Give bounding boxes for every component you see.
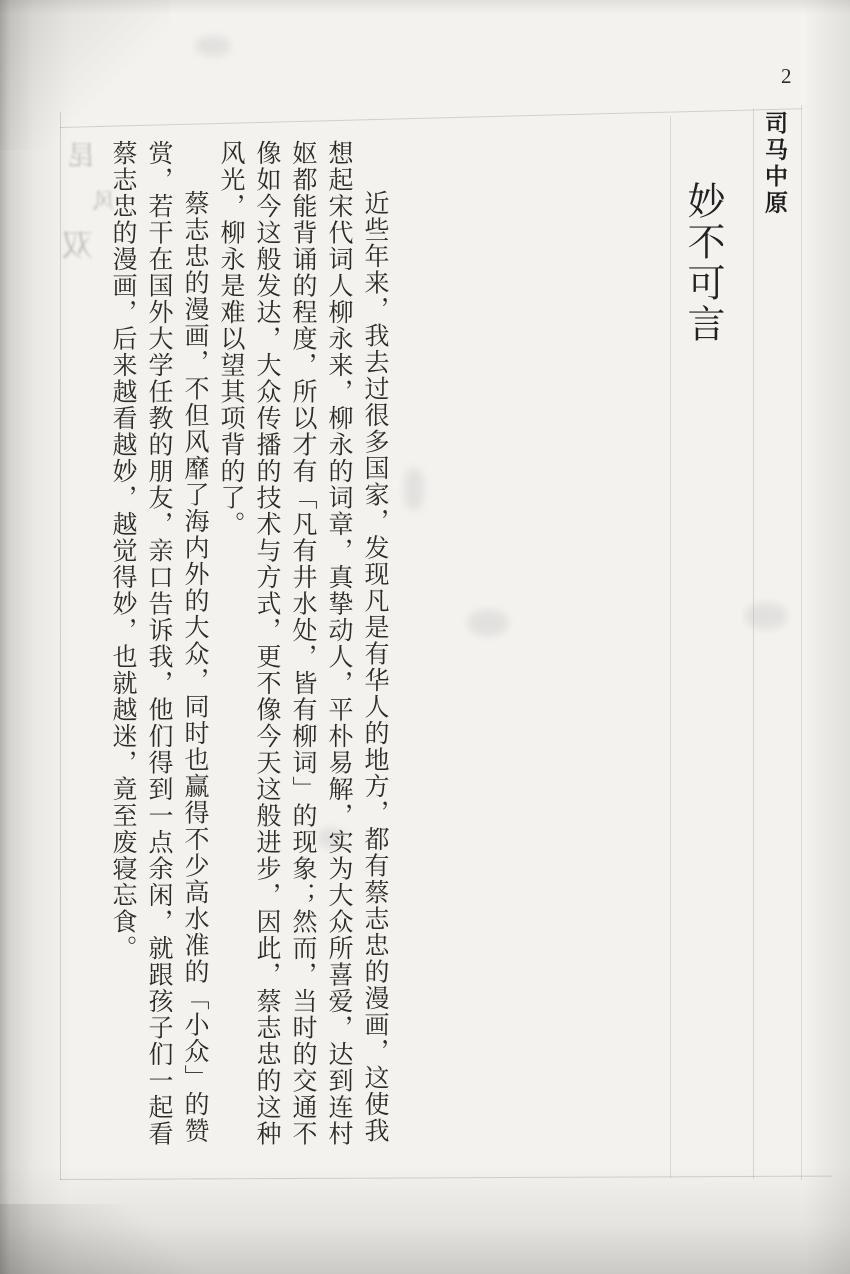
scan-smudge	[745, 603, 787, 629]
frame-line-top	[60, 108, 802, 128]
scan-smudge	[196, 36, 230, 56]
frame-line-left	[60, 112, 61, 1180]
paper-shade-right	[804, 0, 850, 1274]
scan-smudge	[404, 468, 424, 510]
author-name: 司马中原	[759, 111, 792, 217]
frame-line-bottom	[60, 1176, 832, 1180]
page-number: 2	[781, 64, 792, 89]
frame-line-title-right	[753, 109, 754, 1179]
scan-smudge	[468, 610, 508, 636]
paper-shade-top	[0, 0, 850, 14]
paper-shade-bottom-left	[0, 1204, 220, 1274]
bleed-through-character: 双	[62, 220, 93, 265]
paragraph: 蔡志忠的漫画，不但风靡了海内外的大众，同时也赢得不少高水准的「小众」的赞赏，若干…	[104, 140, 212, 1152]
frame-line-margin-right	[801, 105, 802, 1180]
body-text: 近些年来，我去过很多国家，发现凡是有华人的地方，都有蔡志忠的漫画，这使我想起宋代…	[94, 140, 392, 1152]
bleed-through-character: 昆	[68, 134, 95, 173]
paper-shade-top-left	[0, 0, 170, 150]
frame-line-title-left	[670, 116, 671, 1178]
paper-shade-bottom	[0, 1164, 850, 1274]
paragraph: 近些年来，我去过很多国家，发现凡是有华人的地方，都有蔡志忠的漫画，这使我想起宋代…	[212, 140, 392, 1152]
scanned-book-page: 昆 双 风 2 司马中原 妙不可言 近些年来，我去过很多国家，发现凡是有华人的地…	[0, 0, 850, 1274]
page-title: 妙不可言	[675, 181, 730, 345]
